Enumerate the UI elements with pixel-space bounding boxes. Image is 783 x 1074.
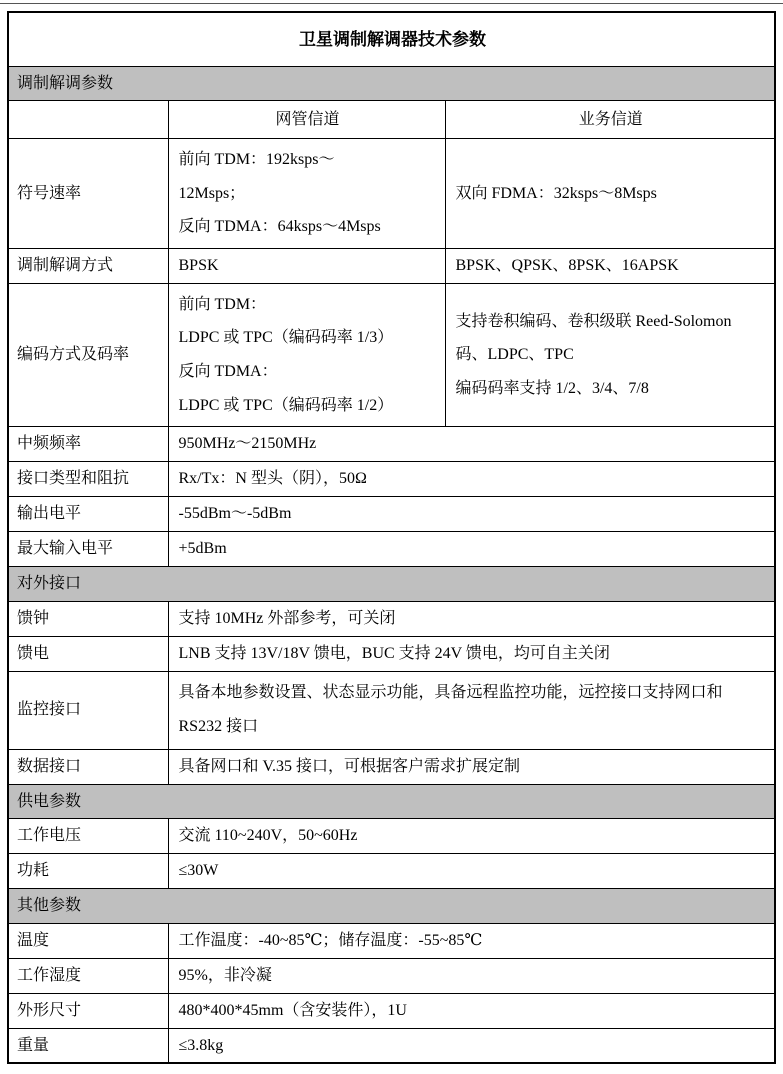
column-header-service-channel: 业务信道: [445, 101, 775, 139]
row-label-mod-mode: 调制解调方式: [8, 248, 168, 283]
row-label-ref-clock: 馈钟: [8, 601, 168, 636]
voltage-value: 交流 110~240V，50~60Hz: [168, 819, 775, 854]
feed-power-value: LNB 支持 13V/18V 馈电，BUC 支持 24V 馈电，均可自主关闭: [168, 636, 775, 671]
if-freq-value: 950MHz～2150MHz: [168, 427, 775, 462]
ref-clock-value: 支持 10MHz 外部参考，可关闭: [168, 601, 775, 636]
table-row: 供电参数: [8, 784, 775, 819]
row-label-if-freq: 中频频率: [8, 427, 168, 462]
humidity-value: 95%，非冷凝: [168, 958, 775, 993]
table-row: 馈电 LNB 支持 13V/18V 馈电，BUC 支持 24V 馈电，均可自主关…: [8, 636, 775, 671]
table-row: 监控接口 具备本地参数设置、状态显示功能，具备远程监控功能，远控接口支持网口和 …: [8, 671, 775, 749]
row-label-symbol-rate: 符号速率: [8, 139, 168, 249]
row-label-consumption: 功耗: [8, 854, 168, 889]
table-row: 温度 工作温度：-40~85℃；储存温度：-55~85℃: [8, 923, 775, 958]
max-input-level-value: +5dBm: [168, 532, 775, 567]
section-header-other: 其他参数: [8, 889, 775, 924]
table-row: 编码方式及码率 前向 TDM： LDPC 或 TPC（编码码率 1/3） 反向 …: [8, 283, 775, 426]
section-header-power: 供电参数: [8, 784, 775, 819]
table-row: 重量 ≤3.8kg: [8, 1028, 775, 1063]
interface-impedance-value: Rx/Tx：N 型头（阴），50Ω: [168, 462, 775, 497]
table-row: 外形尺寸 480*400*45mm（含安装件），1U: [8, 993, 775, 1028]
table-row: 功耗 ≤30W: [8, 854, 775, 889]
dimensions-value: 480*400*45mm（含安装件），1U: [168, 993, 775, 1028]
row-label-data-port: 数据接口: [8, 749, 168, 784]
column-header-mgmt-channel: 网管信道: [168, 101, 445, 139]
row-label-temperature: 温度: [8, 923, 168, 958]
table-row: 其他参数: [8, 889, 775, 924]
symbol-rate-mgmt-value: 前向 TDM：192ksps～ 12Msps； 反向 TDMA：64ksps～4…: [168, 139, 445, 249]
mod-mode-mgmt-value: BPSK: [168, 248, 445, 283]
row-label-dimensions: 外形尺寸: [8, 993, 168, 1028]
table-row: 对外接口: [8, 567, 775, 602]
row-label-feed-power: 馈电: [8, 636, 168, 671]
consumption-value: ≤30W: [168, 854, 775, 889]
row-label-output-level: 输出电平: [8, 497, 168, 532]
table-row: 接口类型和阻抗 Rx/Tx：N 型头（阴），50Ω: [8, 462, 775, 497]
table-row: 数据接口 具备网口和 V.35 接口，可根据客户需求扩展定制: [8, 749, 775, 784]
symbol-rate-service-value: 双向 FDMA：32ksps～8Msps: [445, 139, 775, 249]
coding-mgmt-value: 前向 TDM： LDPC 或 TPC（编码码率 1/3） 反向 TDMA： LD…: [168, 283, 445, 426]
spec-table: 卫星调制解调器技术参数 调制解调参数 网管信道 业务信道 符号速率 前向 TDM…: [7, 11, 776, 1064]
page-title: 卫星调制解调器技术参数: [8, 12, 775, 66]
column-header-empty: [8, 101, 168, 139]
row-label-max-input-level: 最大输入电平: [8, 532, 168, 567]
table-row: 卫星调制解调器技术参数: [8, 12, 775, 66]
row-label-voltage: 工作电压: [8, 819, 168, 854]
row-label-monitor-port: 监控接口: [8, 671, 168, 749]
table-row: 调制解调方式 BPSK BPSK、QPSK、8PSK、16APSK: [8, 248, 775, 283]
table-row: 馈钟 支持 10MHz 外部参考，可关闭: [8, 601, 775, 636]
output-level-value: -55dBm～-5dBm: [168, 497, 775, 532]
table-row: 工作电压 交流 110~240V，50~60Hz: [8, 819, 775, 854]
row-label-interface-impedance: 接口类型和阻抗: [8, 462, 168, 497]
weight-value: ≤3.8kg: [168, 1028, 775, 1063]
monitor-port-value: 具备本地参数设置、状态显示功能，具备远程监控功能，远控接口支持网口和 RS232…: [168, 671, 775, 749]
data-port-value: 具备网口和 V.35 接口，可根据客户需求扩展定制: [168, 749, 775, 784]
row-label-coding: 编码方式及码率: [8, 283, 168, 426]
table-row: 符号速率 前向 TDM：192ksps～ 12Msps； 反向 TDMA：64k…: [8, 139, 775, 249]
row-label-weight: 重量: [8, 1028, 168, 1063]
table-row: 网管信道 业务信道: [8, 101, 775, 139]
page-top-rule: [0, 3, 783, 4]
table-row: 中频频率 950MHz～2150MHz: [8, 427, 775, 462]
table-row: 输出电平 -55dBm～-5dBm: [8, 497, 775, 532]
mod-mode-service-value: BPSK、QPSK、8PSK、16APSK: [445, 248, 775, 283]
row-label-humidity: 工作湿度: [8, 958, 168, 993]
coding-service-value: 支持卷积编码、卷积级联 Reed-Solomon 码、LDPC、TPC 编码码率…: [445, 283, 775, 426]
document-page: 卫星调制解调器技术参数 调制解调参数 网管信道 业务信道 符号速率 前向 TDM…: [0, 0, 783, 1074]
section-header-modulation: 调制解调参数: [8, 66, 775, 101]
table-row: 调制解调参数: [8, 66, 775, 101]
temperature-value: 工作温度：-40~85℃；储存温度：-55~85℃: [168, 923, 775, 958]
section-header-external: 对外接口: [8, 567, 775, 602]
table-row: 工作湿度 95%，非冷凝: [8, 958, 775, 993]
table-row: 最大输入电平 +5dBm: [8, 532, 775, 567]
